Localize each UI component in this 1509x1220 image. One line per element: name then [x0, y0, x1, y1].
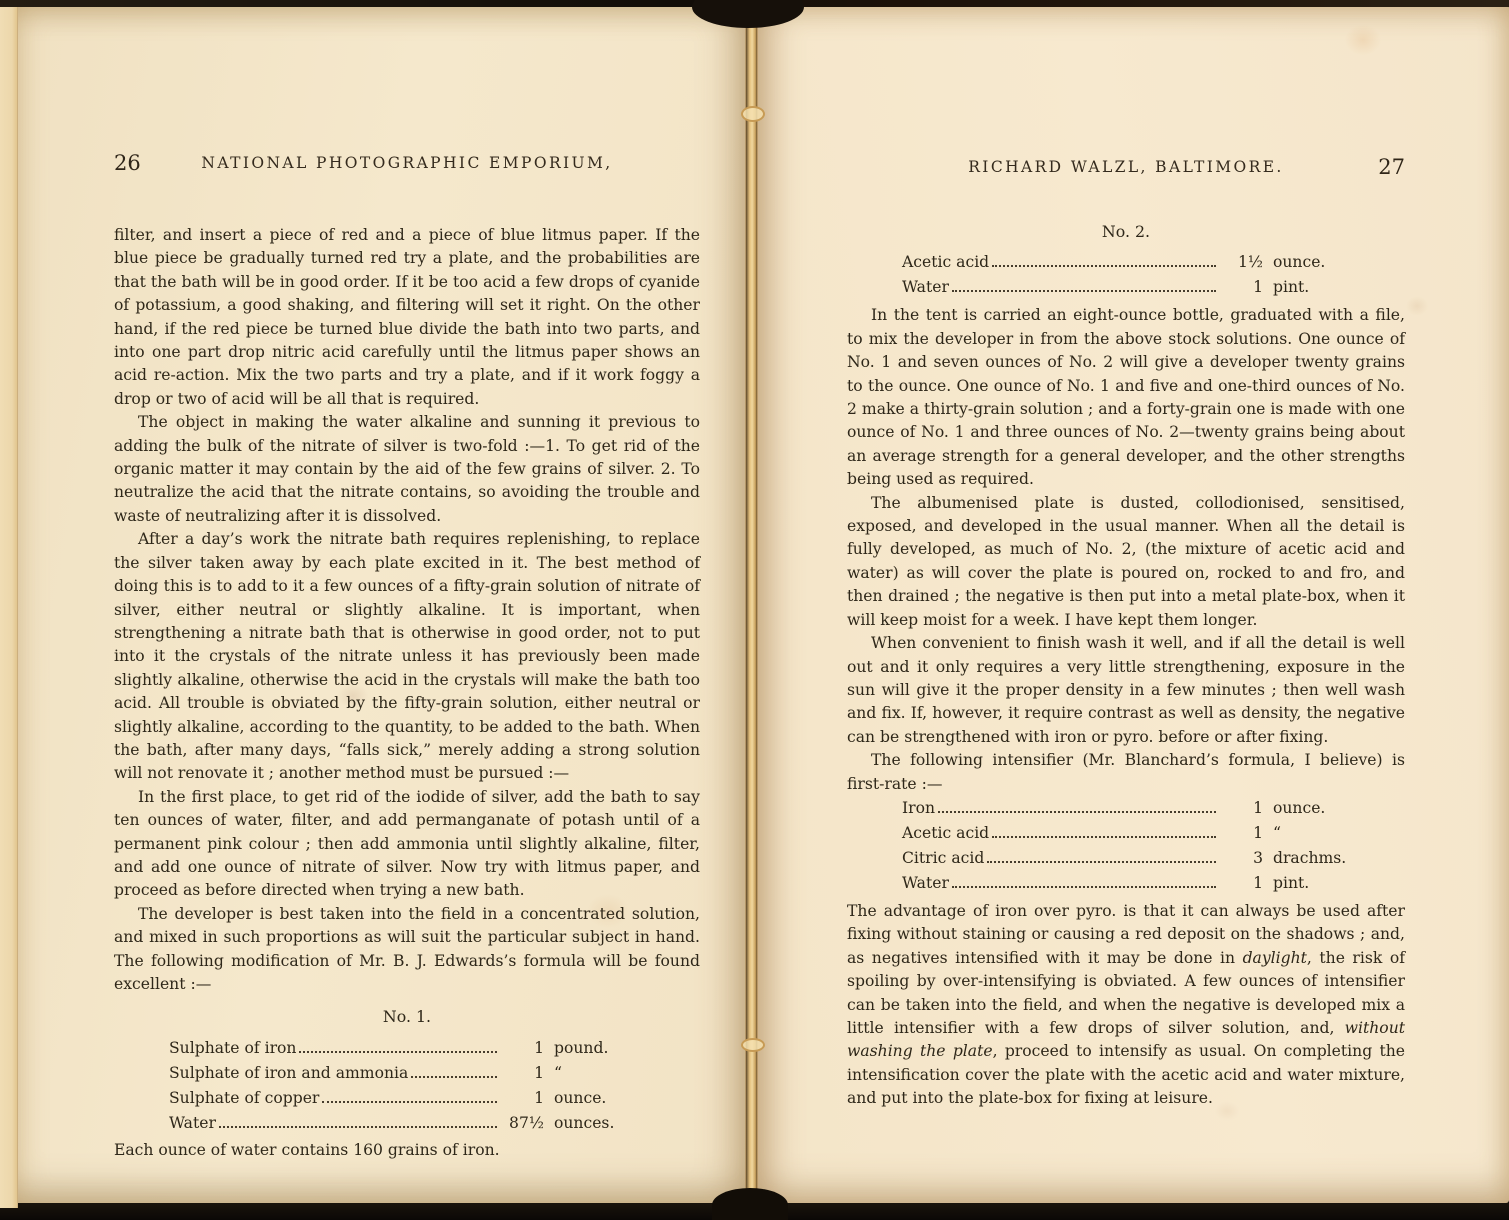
binding-notch-bottom: [712, 1188, 788, 1220]
paragraph: The object in making the water alkaline …: [114, 411, 700, 528]
ingredient-name: Sulphate of copper: [169, 1086, 319, 1111]
ingredient-name: Acetic acid: [902, 250, 989, 275]
dot-leader: [299, 1051, 497, 1053]
quantity: 1: [1221, 871, 1263, 896]
page-number: 26: [114, 151, 141, 175]
dot-leader: [219, 1126, 497, 1128]
quantity: 87½: [502, 1111, 544, 1136]
formula-row: Water 87½ ounces.: [169, 1111, 638, 1136]
unit: ounce.: [1263, 796, 1357, 821]
quantity: 1: [502, 1086, 544, 1111]
quantity: 1: [502, 1036, 544, 1061]
binding-gutter: [745, 10, 758, 1206]
ingredient-name: Water: [169, 1111, 216, 1136]
unit: ounce.: [1263, 250, 1357, 275]
ingredient-name: Citric acid: [902, 846, 984, 871]
unit: pint.: [1263, 871, 1357, 896]
formula-row: Water 1 pint.: [902, 275, 1357, 300]
unit: “: [544, 1061, 638, 1086]
dot-leader: [952, 290, 1216, 292]
paragraph: The following intensifier (Mr. Blanchard…: [847, 749, 1405, 796]
quantity: 1: [502, 1061, 544, 1086]
running-header: RICHARD WALZL, BALTIMORE.: [847, 158, 1405, 176]
dot-leader: [992, 265, 1216, 267]
formula-no1-title: No. 1.: [114, 1005, 700, 1028]
formula-row: Citric acid 3 drachms.: [902, 846, 1357, 871]
formula-row: Sulphate of iron and ammonia 1 “: [169, 1061, 638, 1086]
ingredient-name: Water: [902, 871, 949, 896]
quantity: 1: [1221, 796, 1263, 821]
quantity: 1: [1221, 275, 1263, 300]
formula-row: Acetic acid 1½ ounce.: [902, 250, 1357, 275]
formula-row: Water 1 pint.: [902, 871, 1357, 896]
paragraph: In the first place, to get rid of the io…: [114, 786, 700, 903]
formula-note: Each ounce of water contains 160 grains …: [114, 1139, 700, 1162]
page-right: RICHARD WALZL, BALTIMORE. 27 No. 2. Acet…: [757, 6, 1509, 1203]
formula-row: Sulphate of copper 1 ounce.: [169, 1086, 638, 1111]
paragraph: After a day’s work the nitrate bath requ…: [114, 528, 700, 785]
ingredient-name: Sulphate of iron and ammonia: [169, 1061, 408, 1086]
quantity: 1: [1221, 821, 1263, 846]
dot-leader: [952, 886, 1216, 888]
ingredient-name: Water: [902, 275, 949, 300]
paragraph: filter, and insert a piece of red and a …: [114, 224, 700, 411]
page-header: RICHARD WALZL, BALTIMORE. 27: [847, 158, 1405, 184]
paragraph: The advantage of iron over pyro. is that…: [847, 900, 1405, 1111]
formula-row: Acetic acid 1 “: [902, 821, 1357, 846]
running-header: NATIONAL PHOTOGRAPHIC EMPORIUM,: [114, 154, 700, 172]
formula-no2-title: No. 2.: [847, 220, 1405, 243]
page-body: No. 2. Acetic acid 1½ ounce. Water 1 pin…: [847, 184, 1405, 1111]
ingredient-name: Sulphate of iron: [169, 1036, 296, 1061]
unit: “: [1263, 821, 1357, 846]
dot-leader: [987, 861, 1216, 863]
unit: pint.: [1263, 275, 1357, 300]
page-number: 27: [1378, 155, 1405, 179]
stitch-thread: [741, 1038, 765, 1052]
paragraph: The developer is best taken into the fie…: [114, 903, 700, 997]
dot-leader: [992, 836, 1216, 838]
dot-leader: [411, 1076, 497, 1078]
unit: ounces.: [544, 1111, 638, 1136]
formula-row: Sulphate of iron 1 pound.: [169, 1036, 638, 1061]
paragraph: When convenient to finish wash it well, …: [847, 632, 1405, 749]
ingredient-name: Iron: [902, 796, 935, 821]
dot-leader: [938, 811, 1216, 813]
dot-leader: [322, 1101, 497, 1103]
paragraph: In the tent is carried an eight-ounce bo…: [847, 304, 1405, 491]
unit: ounce.: [544, 1086, 638, 1111]
ingredient-name: Acetic acid: [902, 821, 989, 846]
page-left: 26 NATIONAL PHOTOGRAPHIC EMPORIUM, filte…: [8, 6, 746, 1203]
book-spread: 26 NATIONAL PHOTOGRAPHIC EMPORIUM, filte…: [0, 0, 1509, 1220]
page-header: 26 NATIONAL PHOTOGRAPHIC EMPORIUM,: [114, 154, 700, 180]
unit: pound.: [544, 1036, 638, 1061]
page-edge-stack: [0, 4, 18, 1208]
formula-row: Iron 1 ounce.: [902, 796, 1357, 821]
paragraph: The albumenised plate is dusted, collodi…: [847, 492, 1405, 632]
stitch-thread: [741, 106, 765, 122]
page-body: filter, and insert a piece of red and a …: [114, 180, 700, 1162]
quantity: 3: [1221, 846, 1263, 871]
quantity: 1½: [1221, 250, 1263, 275]
unit: drachms.: [1263, 846, 1357, 871]
